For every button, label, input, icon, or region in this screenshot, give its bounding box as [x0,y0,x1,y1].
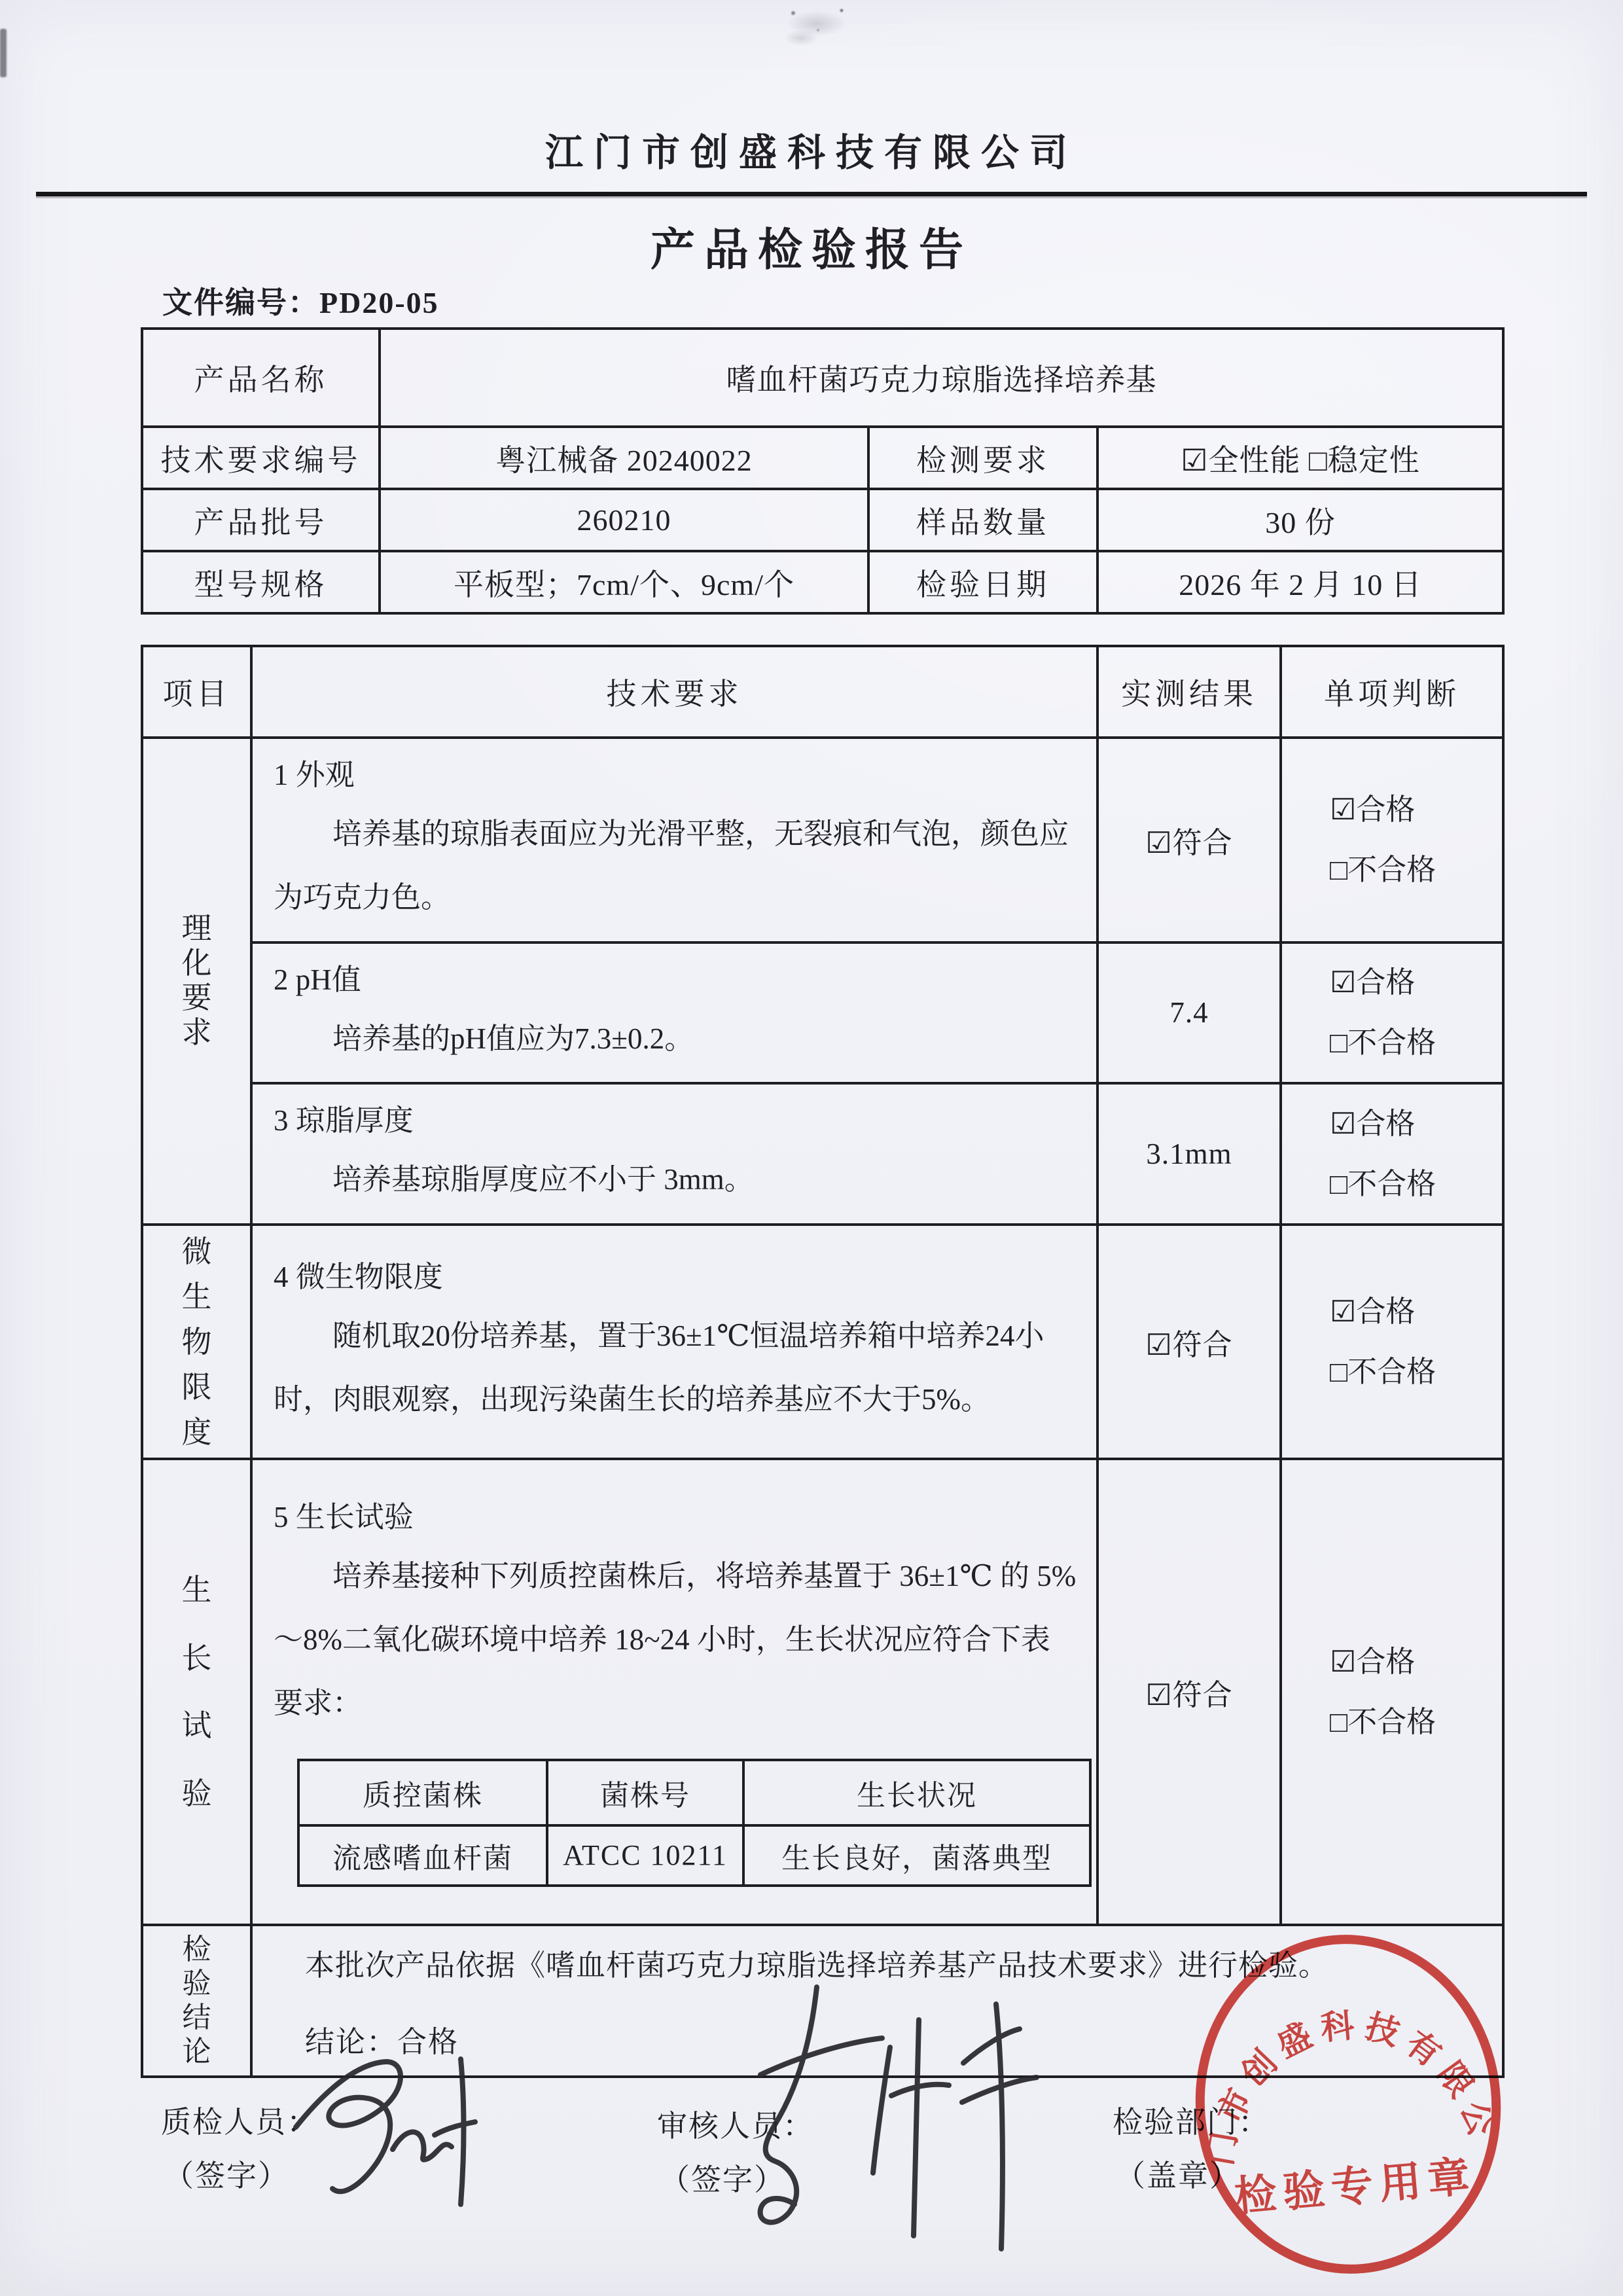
table-header-row: 项目 技术要求 实测结果 单项判断 [142,646,1503,738]
judgement-growth-test: ☑合格 □不合格 [1281,1459,1503,1925]
reviewer-signature-block: 审核人员： （签字） [657,2102,814,2199]
table-row-appearance: 理化要求 1 外观 培养基的琼脂表面应为光滑平整，无裂痕和气泡，颜色应为巧克力色… [142,738,1503,942]
scanned-inspection-report-page: 江门市创盛科技有限公司 产品检验报告 文件编号：PD20-05 产品名称 嗜血杆… [0,0,1623,2296]
model-label: 型号规格 [142,551,380,613]
requirement-body: 随机取20份培养基，置于36±1℃恒温培养箱中培养24小时，肉眼观察，出现污染菌… [274,1304,1077,1431]
strain-growth-status: 生长良好，菌落典型 [743,1825,1090,1886]
judgement-fail-checkbox: □不合格 [1330,1342,1436,1402]
header-divider-line [36,192,1587,196]
model-value: 平板型；7cm/个、9cm/个 [380,551,868,613]
requirement-heading: 2 pH值 [274,956,1077,998]
table-row-microbial-limit: 微生物限度 4 微生物限度 随机取20份培养基，置于36±1℃恒温培养箱中培养2… [142,1225,1503,1459]
result-ph: 7.4 [1097,942,1281,1084]
scan-edge-artifact [0,29,7,77]
strain-col-number: 菌株号 [547,1760,743,1825]
judgement-microbial-limit: ☑合格 □不合格 [1281,1225,1503,1459]
qc-sub-label: （签字） [161,2152,318,2195]
col-header-result: 实测结果 [1097,646,1281,738]
result-agar-thickness: 3.1mm [1097,1083,1281,1225]
judgement-fail-checkbox: □不合格 [1330,1154,1436,1214]
strain-col-growth: 生长状况 [743,1760,1090,1825]
requirement-agar-thickness: 3 琼脂厚度 培养基琼脂厚度应不小于 3mm。 [251,1083,1097,1225]
requirement-heading: 3 琼脂厚度 [274,1096,1077,1139]
group-label: 生长试验 [181,1556,213,1827]
table-row: 技术要求编号 粤江械备 20240022 检测要求 ☑全性能 □稳定性 [142,427,1503,489]
requirement-body: 培养基接种下列质控菌株后，将培养基置于 36±1℃ 的 5%～8%二氧化碳环境中… [274,1545,1077,1734]
tech-req-value: 粤江械备 20240022 [380,427,868,489]
result-microbial-limit: ☑符合 [1097,1225,1281,1459]
product-name-label: 产品名称 [142,329,380,427]
requirement-ph: 2 pH值 培养基的pH值应为7.3±0.2。 [251,942,1097,1084]
sample-qty-value: 30 份 [1097,489,1503,551]
group-label: 微生物限度 [181,1229,213,1455]
judgement-fail-checkbox: □不合格 [1330,1013,1436,1073]
qc-label: 质检人员： [161,2098,318,2142]
judgement-pass-checkbox: ☑合格 [1330,952,1415,1013]
table-row-growth-test: 生长试验 5 生长试验 培养基接种下列质控菌株后，将培养基置于 36±1℃ 的 … [142,1459,1503,1925]
table-row: 产品名称 嗜血杆菌巧克力琼脂选择培养基 [142,329,1503,427]
requirement-appearance: 1 外观 培养基的琼脂表面应为光滑平整，无裂痕和气泡，颜色应为巧克力色。 [251,738,1097,942]
requirement-heading: 5 生长试验 [274,1493,1077,1535]
strain-data-row: 流感嗜血杆菌 ATCC 10211 生长良好，菌落典型 [298,1825,1090,1886]
requirement-heading: 4 微生物限度 [274,1253,1077,1295]
test-req-value: ☑全性能 □稳定性 [1097,427,1503,489]
svg-text:江门市创盛科技有限公司: 江门市创盛科技有限公司 [1175,1914,1503,2175]
requirement-body: 培养基琼脂厚度应不小于 3mm。 [274,1148,1077,1211]
judgement-fail-checkbox: □不合格 [1330,1692,1436,1752]
document-number: 文件编号：PD20-05 [162,279,439,322]
product-info-table: 产品名称 嗜血杆菌巧克力琼脂选择培养基 技术要求编号 粤江械备 20240022… [141,327,1505,615]
judgement-agar-thickness: ☑合格 □不合格 [1281,1083,1503,1225]
requirement-growth-test: 5 生长试验 培养基接种下列质控菌株后，将培养基置于 36±1℃ 的 5%～8%… [251,1459,1097,1925]
strain-name: 流感嗜血杆菌 [298,1825,547,1886]
judgement-pass-checkbox: ☑合格 [1330,780,1415,840]
tech-req-label: 技术要求编号 [142,427,380,489]
table-row: 型号规格 平板型；7cm/个、9cm/个 检验日期 2026 年 2 月 10 … [142,551,1503,613]
requirement-body: 培养基的pH值应为7.3±0.2。 [274,1007,1077,1071]
group-physicochemical: 理化要求 [142,738,251,1225]
company-name: 江门市创盛科技有限公司 [0,122,1623,177]
table-row-ph: 2 pH值 培养基的pH值应为7.3±0.2。 7.4 ☑合格 □不合格 [142,942,1503,1084]
group-conclusion: 检验结论 [142,1925,251,2077]
reviewer-label: 审核人员： [657,2102,814,2145]
table-row: 产品批号 260210 样品数量 30 份 [142,489,1503,551]
batch-label: 产品批号 [142,489,380,551]
col-header-requirement: 技术要求 [251,646,1097,738]
requirement-heading: 1 外观 [274,751,1077,793]
qc-handwritten-signature [296,2059,475,2204]
date-label: 检验日期 [868,551,1097,613]
col-header-item: 项目 [142,646,251,738]
strain-table: 质控菌株 菌株号 生长状况 流感嗜血杆菌 ATCC 10211 生长良好，菌落典… [297,1759,1092,1887]
sample-qty-label: 样品数量 [868,489,1097,551]
test-req-label: 检测要求 [868,427,1097,489]
strain-header-row: 质控菌株 菌株号 生长状况 [298,1760,1090,1825]
col-header-judgement: 单项判断 [1281,646,1503,738]
judgement-pass-checkbox: ☑合格 [1330,1094,1415,1154]
judgement-appearance: ☑合格 □不合格 [1281,738,1503,942]
product-name-value: 嗜血杆菌巧克力琼脂选择培养基 [380,329,1503,427]
result-growth-test: ☑符合 [1097,1459,1281,1925]
judgement-fail-checkbox: □不合格 [1330,840,1436,900]
requirement-body: 培养基的琼脂表面应为光滑平整，无裂痕和气泡，颜色应为巧克力色。 [274,802,1077,929]
group-label: 理化要求 [181,912,213,1050]
scan-smudge-artifact [779,4,864,47]
group-microbial-limit: 微生物限度 [142,1225,251,1459]
requirement-microbial-limit: 4 微生物限度 随机取20份培养基，置于36±1℃恒温培养箱中培养24小时，肉眼… [251,1225,1097,1459]
judgement-pass-checkbox: ☑合格 [1330,1282,1415,1342]
judgement-ph: ☑合格 □不合格 [1281,942,1503,1084]
date-value: 2026 年 2 月 10 日 [1097,551,1503,613]
judgement-pass-checkbox: ☑合格 [1330,1632,1415,1692]
inspection-seal-stamp: 江门市创盛科技有限公司 检验专用章 [1175,1914,1522,2294]
strain-number: ATCC 10211 [547,1825,743,1886]
table-row-agar-thickness: 3 琼脂厚度 培养基琼脂厚度应不小于 3mm。 3.1mm ☑合格 □不合格 [142,1083,1503,1225]
batch-value: 260210 [380,489,868,551]
result-appearance: ☑符合 [1097,738,1281,942]
stamp-center-text: 检验专用章 [1233,2153,1478,2221]
reviewer-sub-label: （签字） [657,2156,814,2199]
inspection-results-table: 项目 技术要求 实测结果 单项判断 理化要求 1 外观 培养基的琼脂表面应为光滑… [141,645,1505,2078]
qc-signature-block: 质检人员： （签字） [161,2098,318,2195]
report-title: 产品检验报告 [0,215,1623,278]
group-label: 检验结论 [181,1933,213,2069]
group-growth-test: 生长试验 [142,1459,251,1925]
strain-col-strain: 质控菌株 [298,1760,547,1825]
stamp-ring-text: 江门市创盛科技有限公司 [1175,1914,1503,2175]
